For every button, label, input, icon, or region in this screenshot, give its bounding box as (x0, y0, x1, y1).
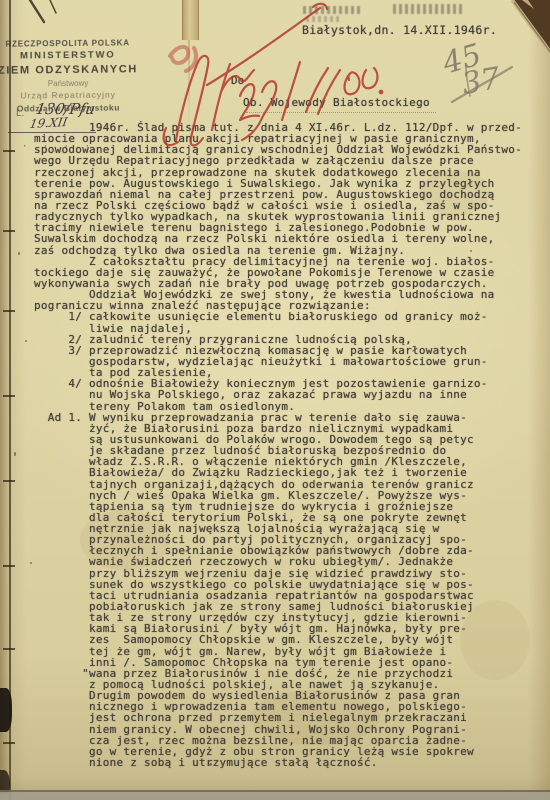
speck (30, 562, 32, 564)
typed-line: wego Urzędu Repatriacyjnego przedkłada w… (34, 155, 522, 166)
torn-paper-bit (522, 0, 534, 9)
typed-line: liwie najdalej, (34, 323, 522, 334)
addressee-underline (246, 112, 436, 113)
stitch-mark (3, 230, 15, 232)
typed-line: tajnych organizaji,dążących do oderwania… (34, 479, 522, 490)
letterhead-line: ZIEM ODZYSKANYCH (0, 63, 144, 77)
typed-line: zes Samopomocy Chłopskie w gm. Kleszczel… (34, 634, 522, 645)
stitch-mark (3, 648, 15, 650)
letterhead-line: MINISTERSTWO (0, 49, 144, 62)
faded-stamp-remnant (393, 4, 463, 14)
stitch-mark (3, 742, 15, 744)
ink-mark (50, 0, 56, 13)
pencil-note-37: 37 (459, 61, 503, 102)
salutation-do: Do (231, 74, 244, 87)
typed-line: nu Wojska Polskiego, oraz zakazać prawa … (34, 389, 522, 400)
stitch-mark (3, 310, 15, 312)
typed-line: tereny Polakom tam osiedlonym. (34, 401, 522, 412)
faded-stamp-remnant (306, 16, 340, 22)
red-smudge (170, 47, 188, 63)
letterhead-line: Państwowy (0, 78, 144, 89)
speck (14, 452, 16, 456)
speck (470, 250, 472, 252)
stitch-mark (3, 150, 15, 152)
stitch-mark (3, 395, 15, 397)
binding-crease (9, 0, 11, 800)
reference-label: L. (16, 108, 24, 119)
typed-line: nione z sobą i utrzymujące stałą łącznoś… (34, 757, 522, 768)
speck (120, 206, 122, 208)
typed-line: Białowieża/ do Związku Radzieckiego,jak … (34, 467, 522, 478)
scan-bottom-edge (0, 790, 550, 800)
red-line (207, 8, 320, 85)
red-char-4 (345, 72, 360, 94)
addressee-line: Ob. Wojewody Białostockiego (243, 96, 430, 109)
stitch-mark (3, 480, 15, 482)
letterhead-line: RZECZPOSPOLITA POLSKA (0, 38, 144, 49)
faded-stamp-remnant (303, 6, 361, 14)
tape-mark (182, 0, 199, 40)
scanned-document-page: RZECZPOSPOLITA POLSKA MINISTERSTWO ZIEM … (0, 0, 550, 800)
speck (18, 252, 20, 255)
paper-sheet: RZECZPOSPOLITA POLSKA MINISTERSTWO ZIEM … (0, 0, 550, 800)
speck (25, 340, 27, 342)
ink-blob (0, 688, 12, 732)
typed-line: jest ochrona przed przemytem i nielegaln… (34, 712, 522, 723)
ink-mark (30, 0, 44, 22)
typed-body: 1946r. Ślad pisma tut. z dnia 4 XI.46r. … (34, 122, 522, 768)
page-edge-shadow (0, 0, 9, 800)
typed-line: Suwalskim dochodzą na rzecz Polski niekt… (34, 233, 522, 244)
typed-line: wanie świadczeń rzeczowych w roku ubiegł… (34, 556, 522, 567)
typed-line: 1/ całkowite usunięcie elementu białorus… (34, 311, 522, 322)
red-char-6 (363, 68, 378, 88)
place-date-line: Białystok,dn. 14.XII.1946r. (302, 23, 497, 37)
speck (209, 763, 212, 766)
stitch-mark (3, 565, 15, 567)
red-dot (379, 90, 384, 95)
